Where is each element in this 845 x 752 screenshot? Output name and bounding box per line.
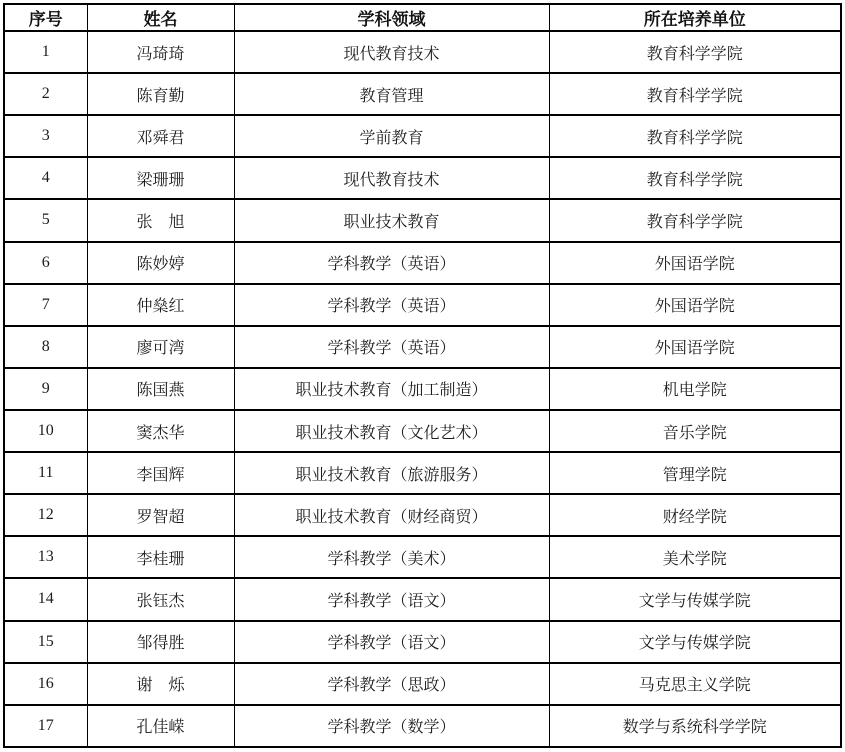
header-row: 序号 姓名 学科领域 所在培养单位: [4, 4, 841, 31]
table-row: 15邹得胜学科教学（语文）文学与传媒学院: [4, 621, 841, 663]
table-row: 13李桂珊学科教学（美术）美术学院: [4, 536, 841, 578]
col-header-unit: 所在培养单位: [549, 4, 841, 31]
cell-field: 现代教育技术: [234, 157, 549, 199]
cell-field: 职业技术教育: [234, 199, 549, 241]
cell-unit: 外国语学院: [549, 284, 841, 326]
cell-no: 3: [4, 115, 87, 157]
cell-no: 8: [4, 326, 87, 368]
cell-unit: 外国语学院: [549, 326, 841, 368]
cell-no: 5: [4, 199, 87, 241]
cell-name: 陈育勤: [87, 73, 234, 115]
table-row: 7仲燊红学科教学（英语）外国语学院: [4, 284, 841, 326]
cell-no: 15: [4, 621, 87, 663]
cell-field: 学前教育: [234, 115, 549, 157]
table-row: 4梁珊珊现代教育技术教育科学学院: [4, 157, 841, 199]
cell-field: 学科教学（英语）: [234, 242, 549, 284]
cell-unit: 机电学院: [549, 368, 841, 410]
cell-field: 教育管理: [234, 73, 549, 115]
table-row: 2陈育勤教育管理教育科学学院: [4, 73, 841, 115]
cell-unit: 美术学院: [549, 536, 841, 578]
cell-field: 学科教学（语文）: [234, 621, 549, 663]
cell-field: 学科教学（数学）: [234, 705, 549, 747]
cell-field: 学科教学（思政）: [234, 663, 549, 705]
cell-field: 职业技术教育（文化艺术）: [234, 410, 549, 452]
cell-unit: 马克思主义学院: [549, 663, 841, 705]
cell-name: 窦杰华: [87, 410, 234, 452]
table-row: 9陈国燕职业技术教育（加工制造）机电学院: [4, 368, 841, 410]
cell-unit: 教育科学学院: [549, 31, 841, 73]
cell-unit: 文学与传媒学院: [549, 621, 841, 663]
cell-unit: 教育科学学院: [549, 73, 841, 115]
table-row: 5张 旭职业技术教育教育科学学院: [4, 199, 841, 241]
table-row: 1冯琦琦现代教育技术教育科学学院: [4, 31, 841, 73]
cell-unit: 文学与传媒学院: [549, 578, 841, 620]
cell-no: 4: [4, 157, 87, 199]
cell-no: 1: [4, 31, 87, 73]
cell-name: 李国辉: [87, 452, 234, 494]
cell-no: 11: [4, 452, 87, 494]
table-row: 17孔佳嵘学科教学（数学）数学与系统科学学院: [4, 705, 841, 747]
cell-name: 梁珊珊: [87, 157, 234, 199]
cell-name: 邹得胜: [87, 621, 234, 663]
cell-no: 12: [4, 494, 87, 536]
table-row: 3邓舜君学前教育教育科学学院: [4, 115, 841, 157]
cell-name: 张钰杰: [87, 578, 234, 620]
cell-field: 学科教学（英语）: [234, 326, 549, 368]
cell-no: 6: [4, 242, 87, 284]
cell-no: 13: [4, 536, 87, 578]
table-row: 6陈妙婷学科教学（英语）外国语学院: [4, 242, 841, 284]
cell-name: 张 旭: [87, 199, 234, 241]
cell-field: 现代教育技术: [234, 31, 549, 73]
cell-no: 9: [4, 368, 87, 410]
cell-name: 冯琦琦: [87, 31, 234, 73]
cell-name: 邓舜君: [87, 115, 234, 157]
cell-field: 职业技术教育（加工制造）: [234, 368, 549, 410]
table-body: 1冯琦琦现代教育技术教育科学学院2陈育勤教育管理教育科学学院3邓舜君学前教育教育…: [4, 31, 841, 747]
cell-no: 16: [4, 663, 87, 705]
cell-field: 学科教学（美术）: [234, 536, 549, 578]
table-row: 12罗智超职业技术教育（财经商贸）财经学院: [4, 494, 841, 536]
cell-unit: 管理学院: [549, 452, 841, 494]
cell-unit: 外国语学院: [549, 242, 841, 284]
cell-unit: 财经学院: [549, 494, 841, 536]
cell-no: 7: [4, 284, 87, 326]
cell-unit: 音乐学院: [549, 410, 841, 452]
cell-no: 10: [4, 410, 87, 452]
col-header-name: 姓名: [87, 4, 234, 31]
cell-field: 学科教学（语文）: [234, 578, 549, 620]
table-row: 16谢 烁学科教学（思政）马克思主义学院: [4, 663, 841, 705]
cell-name: 李桂珊: [87, 536, 234, 578]
cell-name: 仲燊红: [87, 284, 234, 326]
cell-name: 谢 烁: [87, 663, 234, 705]
cell-name: 陈国燕: [87, 368, 234, 410]
cell-name: 孔佳嵘: [87, 705, 234, 747]
cell-no: 17: [4, 705, 87, 747]
cell-no: 2: [4, 73, 87, 115]
cell-name: 罗智超: [87, 494, 234, 536]
cell-no: 14: [4, 578, 87, 620]
cell-field: 职业技术教育（财经商贸）: [234, 494, 549, 536]
col-header-index: 序号: [4, 4, 87, 31]
table-row: 14张钰杰学科教学（语文）文学与传媒学院: [4, 578, 841, 620]
document-page: 序号 姓名 学科领域 所在培养单位 1冯琦琦现代教育技术教育科学学院2陈育勤教育…: [0, 0, 845, 752]
cell-unit: 教育科学学院: [549, 115, 841, 157]
cell-unit: 数学与系统科学学院: [549, 705, 841, 747]
cell-unit: 教育科学学院: [549, 157, 841, 199]
cell-field: 学科教学（英语）: [234, 284, 549, 326]
cell-name: 廖可湾: [87, 326, 234, 368]
col-header-field: 学科领域: [234, 4, 549, 31]
table-row: 10窦杰华职业技术教育（文化艺术）音乐学院: [4, 410, 841, 452]
student-roster-table: 序号 姓名 学科领域 所在培养单位 1冯琦琦现代教育技术教育科学学院2陈育勤教育…: [3, 3, 842, 748]
table-row: 8廖可湾学科教学（英语）外国语学院: [4, 326, 841, 368]
cell-unit: 教育科学学院: [549, 199, 841, 241]
cell-name: 陈妙婷: [87, 242, 234, 284]
cell-field: 职业技术教育（旅游服务）: [234, 452, 549, 494]
table-header: 序号 姓名 学科领域 所在培养单位: [4, 4, 841, 31]
table-row: 11李国辉职业技术教育（旅游服务）管理学院: [4, 452, 841, 494]
